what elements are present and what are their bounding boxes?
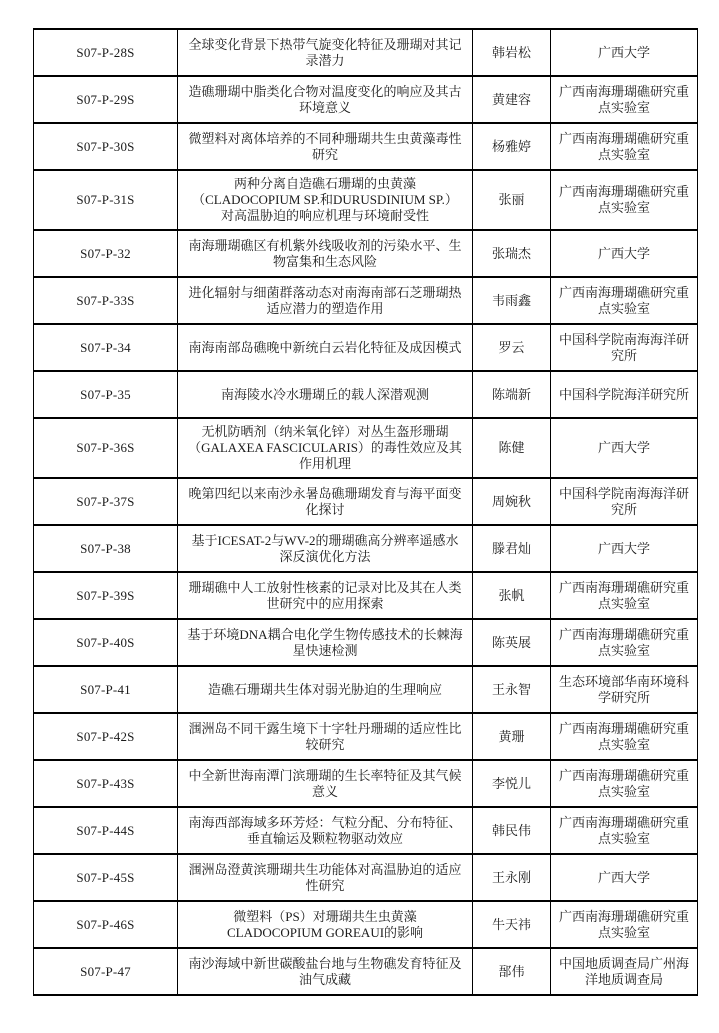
poster-id: S07-P-28S: [34, 29, 178, 76]
table-row: S07-P-38 基于ICESAT-2与WV-2的珊瑚礁高分辨率遥感水 深反演优…: [34, 525, 698, 572]
presenter-name: 杨雅婷: [473, 123, 551, 170]
poster-id: S07-P-40S: [34, 619, 178, 666]
poster-id: S07-P-36S: [34, 418, 178, 478]
presenter-name: 王永智: [473, 666, 551, 713]
affiliation: 广西大学: [551, 418, 698, 478]
affiliation: 广西南海珊瑚礁研究重 点实验室: [551, 572, 698, 619]
presenter-name: 韦雨鑫: [473, 277, 551, 324]
poster-title: 南海南部岛礁晚中新统白云岩化特征及成因模式: [178, 324, 473, 371]
document-page: S07-P-28S 全球变化背景下热带气旋变化特征及珊瑚对其记 录潜力 韩岩松 …: [0, 0, 719, 1033]
poster-title: 珊瑚礁中人工放射性核素的记录对比及其在人类 世研究中的应用探索: [178, 572, 473, 619]
presenter-name: 韩岩松: [473, 29, 551, 76]
presenter-name: 陈端新: [473, 371, 551, 418]
poster-id: S07-P-33S: [34, 277, 178, 324]
presenter-name: 罗云: [473, 324, 551, 371]
table-row: S07-P-40S 基于环境DNA耦合电化学生物传感技术的长棘海 星快速检测 陈…: [34, 619, 698, 666]
presenter-name: 陈英展: [473, 619, 551, 666]
table-row: S07-P-33S 进化辐射与细菌群落动态对南海南部石芝珊瑚热 适应潜力的塑造作…: [34, 277, 698, 324]
table-row: S07-P-37S 晚第四纪以来南沙永暑岛礁珊瑚发育与海平面变 化探讨 周婉秋 …: [34, 478, 698, 525]
poster-title: 基于环境DNA耦合电化学生物传感技术的长棘海 星快速检测: [178, 619, 473, 666]
affiliation: 生态环境部华南环境科 学研究所: [551, 666, 698, 713]
poster-title: 涠洲岛不同干露生境下十字牡丹珊瑚的适应性比 较研究: [178, 713, 473, 760]
table-row: S07-P-31S 两种分离自造礁石珊瑚的虫黄藻 （CLADOCOPIUM SP…: [34, 170, 698, 230]
affiliation: 广西南海珊瑚礁研究重 点实验室: [551, 76, 698, 123]
poster-title: 涠洲岛澄黄滨珊瑚共生功能体对高温胁迫的适应 性研究: [178, 854, 473, 901]
poster-id: S07-P-34: [34, 324, 178, 371]
table-row: S07-P-28S 全球变化背景下热带气旋变化特征及珊瑚对其记 录潜力 韩岩松 …: [34, 29, 698, 76]
presenter-name: 韩民伟: [473, 807, 551, 854]
table-row: S07-P-42S 涠洲岛不同干露生境下十字牡丹珊瑚的适应性比 较研究 黄珊 广…: [34, 713, 698, 760]
presenter-name: 王永刚: [473, 854, 551, 901]
presenter-name: 黄珊: [473, 713, 551, 760]
poster-title: 进化辐射与细菌群落动态对南海南部石芝珊瑚热 适应潜力的塑造作用: [178, 277, 473, 324]
poster-program-table: S07-P-28S 全球变化背景下热带气旋变化特征及珊瑚对其记 录潜力 韩岩松 …: [33, 28, 698, 996]
table-row: S07-P-30S 微塑料对离体培养的不同种珊瑚共生虫黄藻毒性 研究 杨雅婷 广…: [34, 123, 698, 170]
poster-id: S07-P-32: [34, 230, 178, 277]
presenter-name: 张丽: [473, 170, 551, 230]
presenter-name: 黄建容: [473, 76, 551, 123]
affiliation: 广西南海珊瑚礁研究重 点实验室: [551, 277, 698, 324]
affiliation: 广西大学: [551, 230, 698, 277]
affiliation: 广西南海珊瑚礁研究重 点实验室: [551, 123, 698, 170]
poster-title: 中全新世海南潭门滨珊瑚的生长率特征及其气候 意义: [178, 760, 473, 807]
table-row: S07-P-47 南沙海域中新世碳酸盐台地与生物礁发育特征及 油气成藏 郚伟 中…: [34, 948, 698, 995]
affiliation: 广西大学: [551, 525, 698, 572]
affiliation: 中国科学院海洋研究所: [551, 371, 698, 418]
affiliation: 中国科学院南海海洋研 究所: [551, 478, 698, 525]
poster-title: 南沙海域中新世碳酸盐台地与生物礁发育特征及 油气成藏: [178, 948, 473, 995]
affiliation: 中国地质调查局广州海 洋地质调查局: [551, 948, 698, 995]
table-row: S07-P-39S 珊瑚礁中人工放射性核素的记录对比及其在人类 世研究中的应用探…: [34, 572, 698, 619]
poster-id: S07-P-43S: [34, 760, 178, 807]
poster-title: 基于ICESAT-2与WV-2的珊瑚礁高分辨率遥感水 深反演优化方法: [178, 525, 473, 572]
table-row: S07-P-41 造礁石珊瑚共生体对弱光胁迫的生理响应 王永智 生态环境部华南环…: [34, 666, 698, 713]
table-row: S07-P-29S 造礁珊瑚中脂类化合物对温度变化的响应及其古 环境意义 黄建容…: [34, 76, 698, 123]
poster-title: 无机防晒剂（纳米氧化锌）对丛生盔形珊瑚 （GALAXEA FASCICULARI…: [178, 418, 473, 478]
table-row: S07-P-45S 涠洲岛澄黄滨珊瑚共生功能体对高温胁迫的适应 性研究 王永刚 …: [34, 854, 698, 901]
poster-title: 造礁珊瑚中脂类化合物对温度变化的响应及其古 环境意义: [178, 76, 473, 123]
table-row: S07-P-36S 无机防晒剂（纳米氧化锌）对丛生盔形珊瑚 （GALAXEA F…: [34, 418, 698, 478]
poster-id: S07-P-41: [34, 666, 178, 713]
affiliation: 广西大学: [551, 29, 698, 76]
table-body: S07-P-28S 全球变化背景下热带气旋变化特征及珊瑚对其记 录潜力 韩岩松 …: [34, 29, 698, 995]
poster-title: 造礁石珊瑚共生体对弱光胁迫的生理响应: [178, 666, 473, 713]
affiliation: 中国科学院南海海洋研 究所: [551, 324, 698, 371]
poster-id: S07-P-45S: [34, 854, 178, 901]
presenter-name: 滕君灿: [473, 525, 551, 572]
poster-id: S07-P-29S: [34, 76, 178, 123]
poster-title: 微塑料（PS）对珊瑚共生虫黄藻 CLADOCOPIUM GOREAUI的影响: [178, 901, 473, 948]
presenter-name: 郚伟: [473, 948, 551, 995]
affiliation: 广西南海珊瑚礁研究重 点实验室: [551, 760, 698, 807]
affiliation: 广西南海珊瑚礁研究重 点实验室: [551, 901, 698, 948]
table-row: S07-P-34 南海南部岛礁晚中新统白云岩化特征及成因模式 罗云 中国科学院南…: [34, 324, 698, 371]
poster-title: 晚第四纪以来南沙永暑岛礁珊瑚发育与海平面变 化探讨: [178, 478, 473, 525]
presenter-name: 张帆: [473, 572, 551, 619]
presenter-name: 李悦儿: [473, 760, 551, 807]
poster-id: S07-P-42S: [34, 713, 178, 760]
poster-id: S07-P-38: [34, 525, 178, 572]
affiliation: 广西南海珊瑚礁研究重 点实验室: [551, 713, 698, 760]
table-row: S07-P-44S 南海西部海域多环芳烃：气粒分配、分布特征、 垂直输运及颗粒物…: [34, 807, 698, 854]
poster-title: 南海陵水冷水珊瑚丘的载人深潜观测: [178, 371, 473, 418]
presenter-name: 周婉秋: [473, 478, 551, 525]
poster-title: 全球变化背景下热带气旋变化特征及珊瑚对其记 录潜力: [178, 29, 473, 76]
affiliation: 广西南海珊瑚礁研究重 点实验室: [551, 619, 698, 666]
poster-title: 南海珊瑚礁区有机紫外线吸收剂的污染水平、生 物富集和生态风险: [178, 230, 473, 277]
presenter-name: 牛天祎: [473, 901, 551, 948]
poster-title: 南海西部海域多环芳烃：气粒分配、分布特征、 垂直输运及颗粒物驱动效应: [178, 807, 473, 854]
poster-title: 两种分离自造礁石珊瑚的虫黄藻 （CLADOCOPIUM SP.和DURUSDIN…: [178, 170, 473, 230]
poster-id: S07-P-35: [34, 371, 178, 418]
table-row: S07-P-32 南海珊瑚礁区有机紫外线吸收剂的污染水平、生 物富集和生态风险 …: [34, 230, 698, 277]
poster-title: 微塑料对离体培养的不同种珊瑚共生虫黄藻毒性 研究: [178, 123, 473, 170]
poster-id: S07-P-44S: [34, 807, 178, 854]
poster-id: S07-P-31S: [34, 170, 178, 230]
presenter-name: 陈健: [473, 418, 551, 478]
table-row: S07-P-35 南海陵水冷水珊瑚丘的载人深潜观测 陈端新 中国科学院海洋研究所: [34, 371, 698, 418]
table-row: S07-P-46S 微塑料（PS）对珊瑚共生虫黄藻 CLADOCOPIUM GO…: [34, 901, 698, 948]
poster-id: S07-P-47: [34, 948, 178, 995]
poster-id: S07-P-39S: [34, 572, 178, 619]
affiliation: 广西大学: [551, 854, 698, 901]
presenter-name: 张瑞杰: [473, 230, 551, 277]
poster-id: S07-P-30S: [34, 123, 178, 170]
affiliation: 广西南海珊瑚礁研究重 点实验室: [551, 170, 698, 230]
poster-id: S07-P-37S: [34, 478, 178, 525]
poster-id: S07-P-46S: [34, 901, 178, 948]
table-row: S07-P-43S 中全新世海南潭门滨珊瑚的生长率特征及其气候 意义 李悦儿 广…: [34, 760, 698, 807]
affiliation: 广西南海珊瑚礁研究重 点实验室: [551, 807, 698, 854]
